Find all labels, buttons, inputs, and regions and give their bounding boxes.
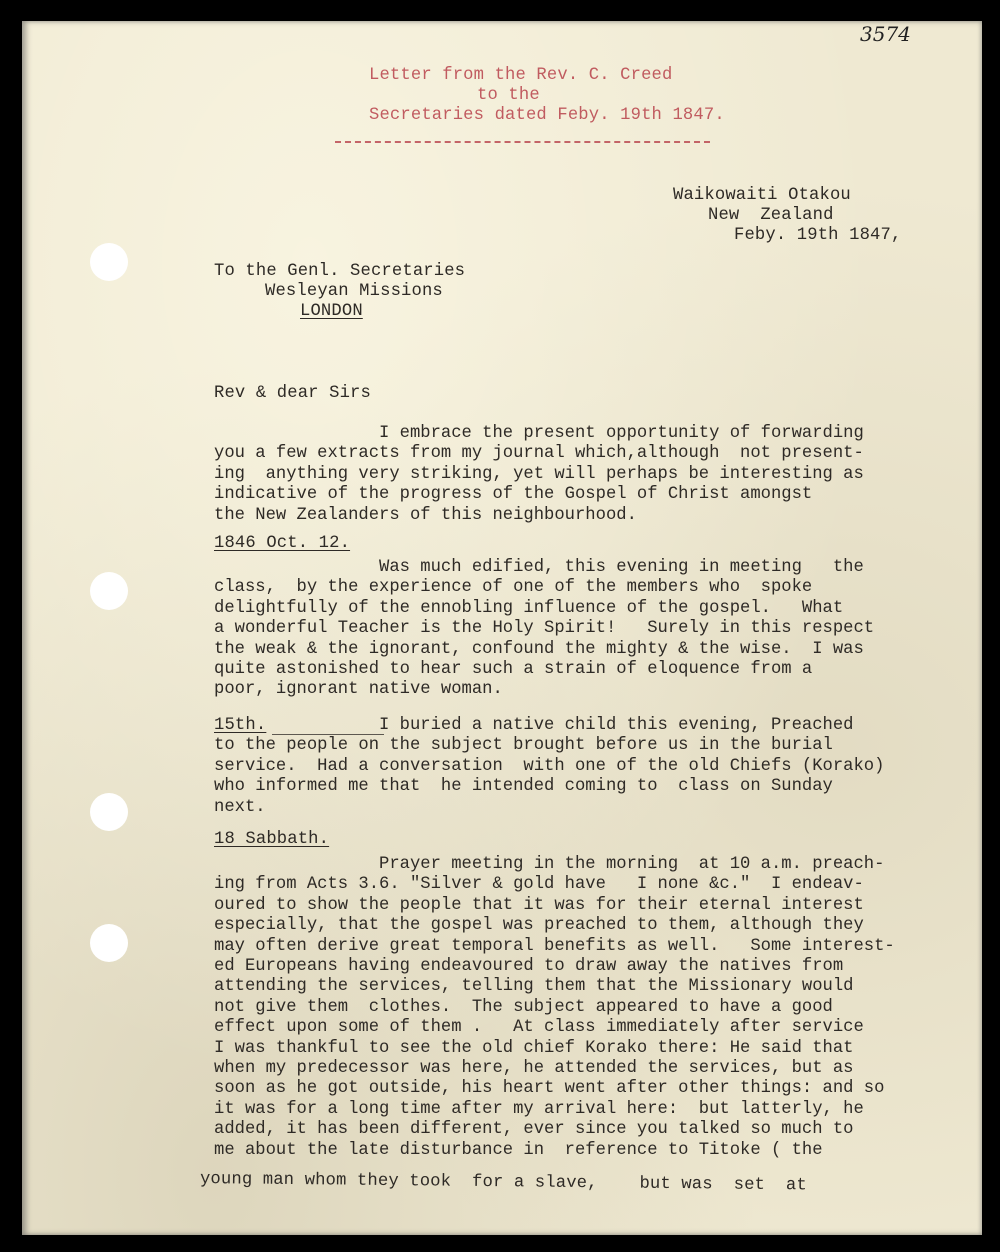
text-line: soon as he got outside, his heart went a… — [214, 1079, 984, 1099]
punch-hole — [90, 572, 128, 610]
punch-hole — [90, 924, 128, 962]
punch-hole — [90, 793, 128, 831]
text-line: I embrace the present opportunity of for… — [214, 424, 984, 444]
text-line: Prayer meeting in the morning at 10 a.m.… — [214, 855, 984, 875]
text-line: the weak & the ignorant, confound the mi… — [214, 640, 984, 660]
punch-hole — [90, 243, 128, 281]
text-line: may often derive great temporal benefits… — [214, 937, 984, 957]
text-line: especially, that the gospel was preached… — [214, 916, 984, 936]
text-line: attending the services, telling them tha… — [214, 977, 984, 997]
text-line: effect upon some of them . At class imme… — [214, 1018, 984, 1038]
entry-heading: 1846 Oct. 12. — [214, 534, 350, 554]
text-line: me about the late disturbance in referen… — [214, 1141, 984, 1161]
text-line: who informed me that he intended coming … — [214, 777, 984, 797]
text-line: indicative of the progress of the Gospel… — [214, 485, 984, 505]
text-line: I was thankful to see the old chief Kora… — [214, 1039, 984, 1059]
archive-page-number: 3574 — [860, 22, 911, 46]
text-line: poor, ignorant native woman. — [214, 680, 984, 700]
recipient-line: Wesleyan Missions — [265, 282, 443, 302]
salutation: Rev & dear Sirs — [214, 384, 371, 404]
text-line: class, by the experience of one of the m… — [214, 578, 984, 598]
text-line: not give them clothes. The subject appea… — [214, 998, 984, 1018]
address-line: New Zealand — [708, 206, 834, 226]
header-divider — [335, 141, 710, 143]
text-line: Was much edified, this evening in meetin… — [214, 558, 984, 578]
text-line: it was for a long time after my arrival … — [214, 1100, 984, 1120]
header-line: Secretaries dated Feby. 19th 1847. — [369, 106, 725, 126]
text-line: a wonderful Teacher is the Holy Spirit! … — [214, 619, 984, 639]
text-line: I buried a native child this evening, Pr… — [214, 716, 984, 736]
text-line: the New Zealanders of this neighbourhood… — [214, 506, 984, 526]
text-line: oured to show the people that it was for… — [214, 896, 984, 916]
date-line: Feby. 19th 1847, — [734, 226, 901, 246]
recipient-line: To the Genl. Secretaries — [214, 262, 465, 282]
intro-paragraph: I embrace the present opportunity of for… — [214, 424, 984, 526]
text-line: service. Had a conversation with one of … — [214, 757, 984, 777]
text-line: when my predecessor was here, he attende… — [214, 1059, 984, 1079]
text-line: you a few extracts from my journal which… — [214, 444, 984, 464]
text-line: next. — [214, 798, 984, 818]
text-line: added, it has been different, ever since… — [214, 1120, 984, 1140]
text-line: delightfully of the ennobling influence … — [214, 599, 984, 619]
text-line: ing anything very striking, yet will per… — [214, 465, 984, 485]
text-line: to the people on the subject brought bef… — [214, 736, 984, 756]
header-line: Letter from the Rev. C. Creed — [369, 66, 672, 86]
text-line: ed Europeans having endeavoured to draw … — [214, 957, 984, 977]
address-line: Waikowaiti Otakou — [673, 186, 851, 206]
text-line: ing from Acts 3.6. "Silver & gold have I… — [214, 875, 984, 895]
text-line: quite astonished to hear such a strain o… — [214, 660, 984, 680]
entry-heading: 18 Sabbath. — [214, 830, 329, 850]
header-line: to the — [477, 86, 540, 106]
recipient-city: LONDON — [300, 302, 363, 322]
